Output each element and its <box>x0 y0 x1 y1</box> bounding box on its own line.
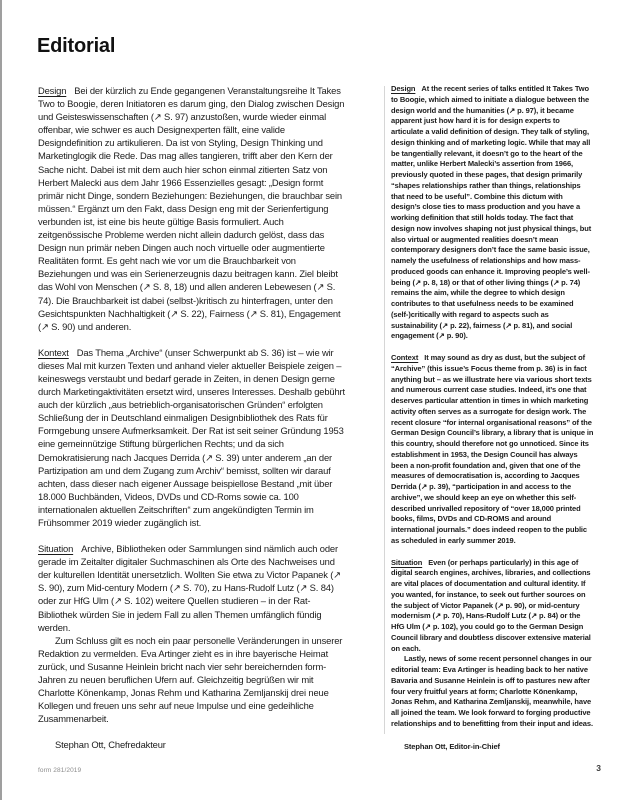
keyword-situation-en: Situation <box>391 558 422 567</box>
page-number: 3 <box>596 763 601 773</box>
english-column: DesignAt the recent series of talks enti… <box>391 84 594 752</box>
paragraph-kontext-de: KontextDas Thema „Archive“ (unser Schwer… <box>38 346 349 529</box>
signature-de: Stephan Ott, Chefredakteur <box>38 738 349 751</box>
scanned-page-edge <box>0 0 2 800</box>
paragraph-situation-de-text: Archive, Bibliotheken oder Sammlungen si… <box>38 543 341 633</box>
paragraph-design-de-text: Bei der kürzlich zu Ende gegangenen Vera… <box>38 85 344 332</box>
keyword-context-en: Context <box>391 353 418 362</box>
german-column: DesignBei der kürzlich zu Ende gegangene… <box>38 84 349 752</box>
paragraph-situation-de: SituationArchive, Bibliotheken oder Samm… <box>38 542 349 634</box>
keyword-design-en: Design <box>391 84 415 93</box>
paragraph-design-en-text: At the recent series of talks entitled I… <box>391 84 591 340</box>
page-title: Editorial <box>37 35 115 57</box>
paragraph-closing-en: Lastly, news of some recent personnel ch… <box>391 654 594 729</box>
keyword-design-de: Design <box>38 85 66 96</box>
editorial-page: Editorial DesignBei der kürzlich zu Ende… <box>0 0 618 800</box>
journal-issue-label: form 281/2019 <box>38 767 81 774</box>
column-divider <box>384 86 385 734</box>
keyword-kontext-de: Kontext <box>38 347 69 358</box>
paragraph-context-en: ContextIt may sound as dry as dust, but … <box>391 353 594 547</box>
paragraph-situation-en-text: Even (or perhaps particularly) in this a… <box>391 558 591 653</box>
paragraph-design-en: DesignAt the recent series of talks enti… <box>391 84 594 342</box>
keyword-situation-de: Situation <box>38 543 73 554</box>
paragraph-closing-de: Zum Schluss gilt es noch ein paar person… <box>38 634 349 726</box>
paragraph-context-en-text: It may sound as dry as dust, but the sub… <box>391 353 593 545</box>
paragraph-design-de: DesignBei der kürzlich zu Ende gegangene… <box>38 84 349 333</box>
paragraph-situation-en: SituationEven (or perhaps particularly) … <box>391 558 594 655</box>
signature-en: Stephan Ott, Editor-in-Chief <box>391 742 594 753</box>
paragraph-kontext-de-text: Das Thema „Archive“ (unser Schwerpunkt a… <box>38 347 345 528</box>
